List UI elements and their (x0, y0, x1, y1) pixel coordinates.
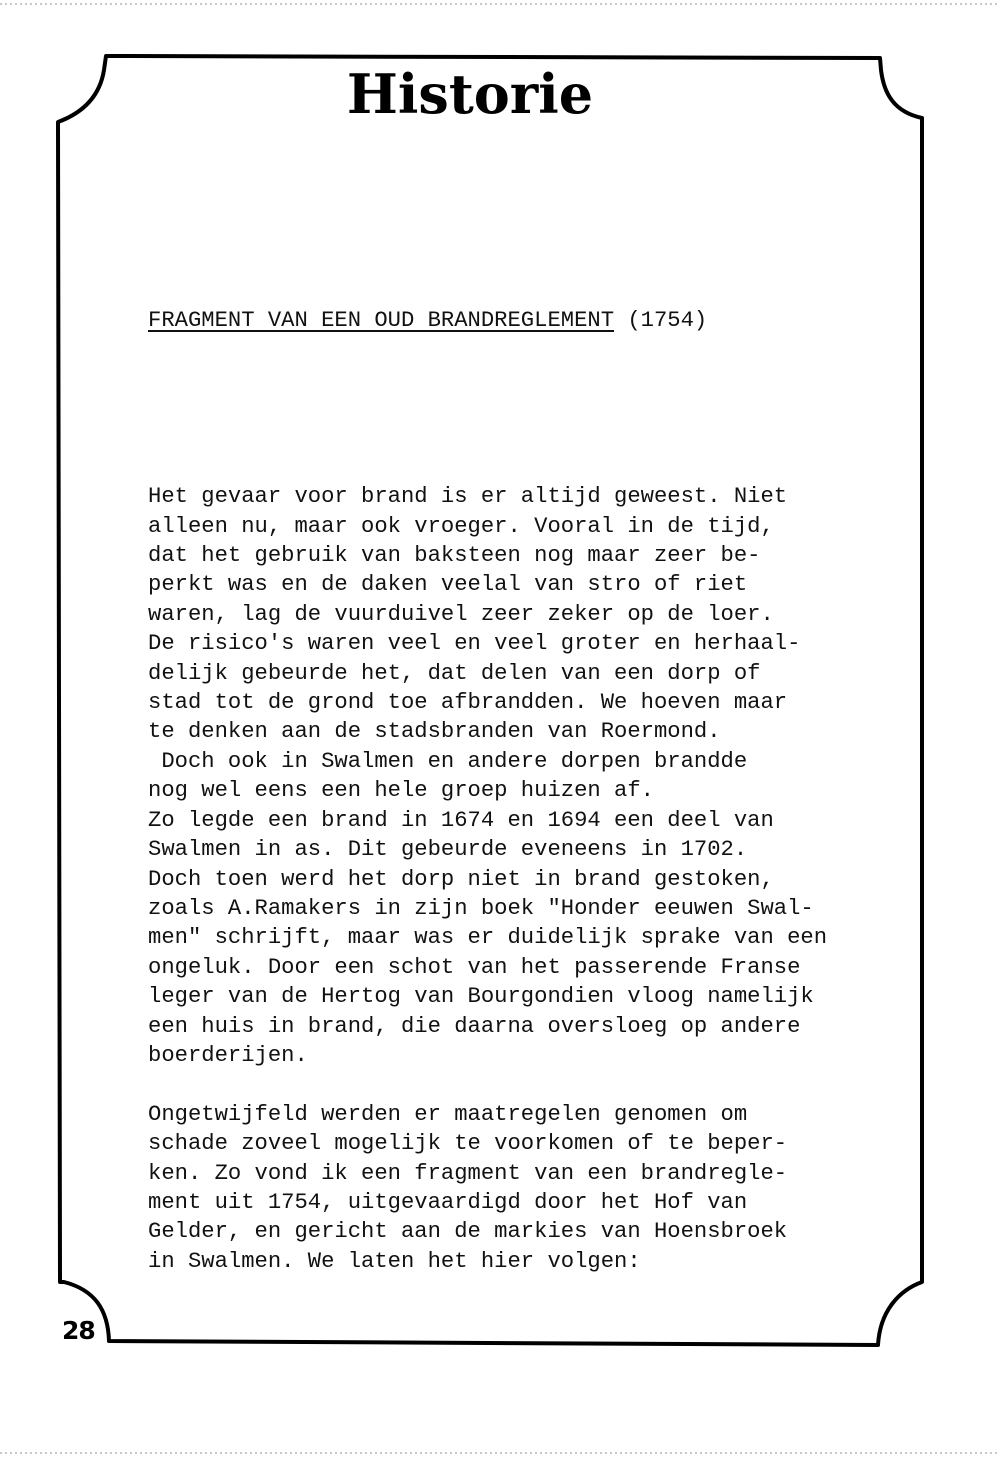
article-paragraphs: Het gevaar voor brand is er altijd gewee… (148, 482, 868, 1276)
text-line: nog wel eens een hele groep huizen af. (148, 776, 868, 805)
text-line: Doch toen werd het dorp niet in brand ge… (148, 865, 868, 894)
article-heading-year: (1754) (627, 308, 707, 333)
text-line: ken. Zo vond ik een fragment van een bra… (148, 1159, 868, 1188)
text-line: te denken aan de stadsbranden van Roermo… (148, 717, 868, 746)
text-line: boerderijen. (148, 1041, 868, 1070)
text-line: Swalmen in as. Dit gebeurde eveneens in … (148, 835, 868, 864)
text-line: schade zoveel mogelijk te voorkomen of t… (148, 1129, 868, 1158)
text-line: men" schrijft, maar was er duidelijk spr… (148, 923, 868, 952)
text-line: waren, lag de vuurduivel zeer zeker op d… (148, 600, 868, 629)
text-line: alleen nu, maar ook vroeger. Vooral in d… (148, 512, 868, 541)
page-number: 28 (62, 1316, 95, 1345)
text-line: een huis in brand, die daarna oversloeg … (148, 1012, 868, 1041)
text-line: stad tot de grond toe afbrandden. We hoe… (148, 688, 868, 717)
paragraph-gap (148, 1070, 868, 1099)
text-line: De risico's waren veel en veel groter en… (148, 629, 868, 658)
text-line: perkt was en de daken veelal van stro of… (148, 570, 868, 599)
text-line: dat het gebruik van baksteen nog maar ze… (148, 541, 868, 570)
text-line: ongeluk. Door een schot van het passeren… (148, 953, 868, 982)
text-line: leger van de Hertog van Bourgondien vloo… (148, 982, 868, 1011)
text-line: Zo legde een brand in 1674 en 1694 een d… (148, 806, 868, 835)
section-title: Historie (0, 62, 940, 126)
article-heading-title: FRAGMENT VAN EEN OUD BRANDREGLEMENT (148, 308, 614, 333)
text-line: Het gevaar voor brand is er altijd gewee… (148, 482, 868, 511)
text-line: zoals A.Ramakers in zijn boek "Honder ee… (148, 894, 868, 923)
scan-edge-bottom (0, 1452, 1000, 1454)
paragraph: Ongetwijfeld werden er maatregelen genom… (148, 1100, 868, 1276)
article-heading: FRAGMENT VAN EEN OUD BRANDREGLEMENT (175… (148, 306, 868, 335)
text-line: delijk gebeurde het, dat delen van een d… (148, 659, 868, 688)
text-line: Gelder, en gericht aan de markies van Ho… (148, 1217, 868, 1246)
text-line: Doch ook in Swalmen en andere dorpen bra… (148, 747, 868, 776)
text-line: ment uit 1754, uitgevaardigd door het Ho… (148, 1188, 868, 1217)
text-line: in Swalmen. We laten het hier volgen: (148, 1247, 868, 1276)
paragraph: Het gevaar voor brand is er altijd gewee… (148, 482, 868, 1070)
spacer (148, 394, 868, 423)
text-line: Ongetwijfeld werden er maatregelen genom… (148, 1100, 868, 1129)
article-body: FRAGMENT VAN EEN OUD BRANDREGLEMENT (175… (148, 247, 868, 1306)
